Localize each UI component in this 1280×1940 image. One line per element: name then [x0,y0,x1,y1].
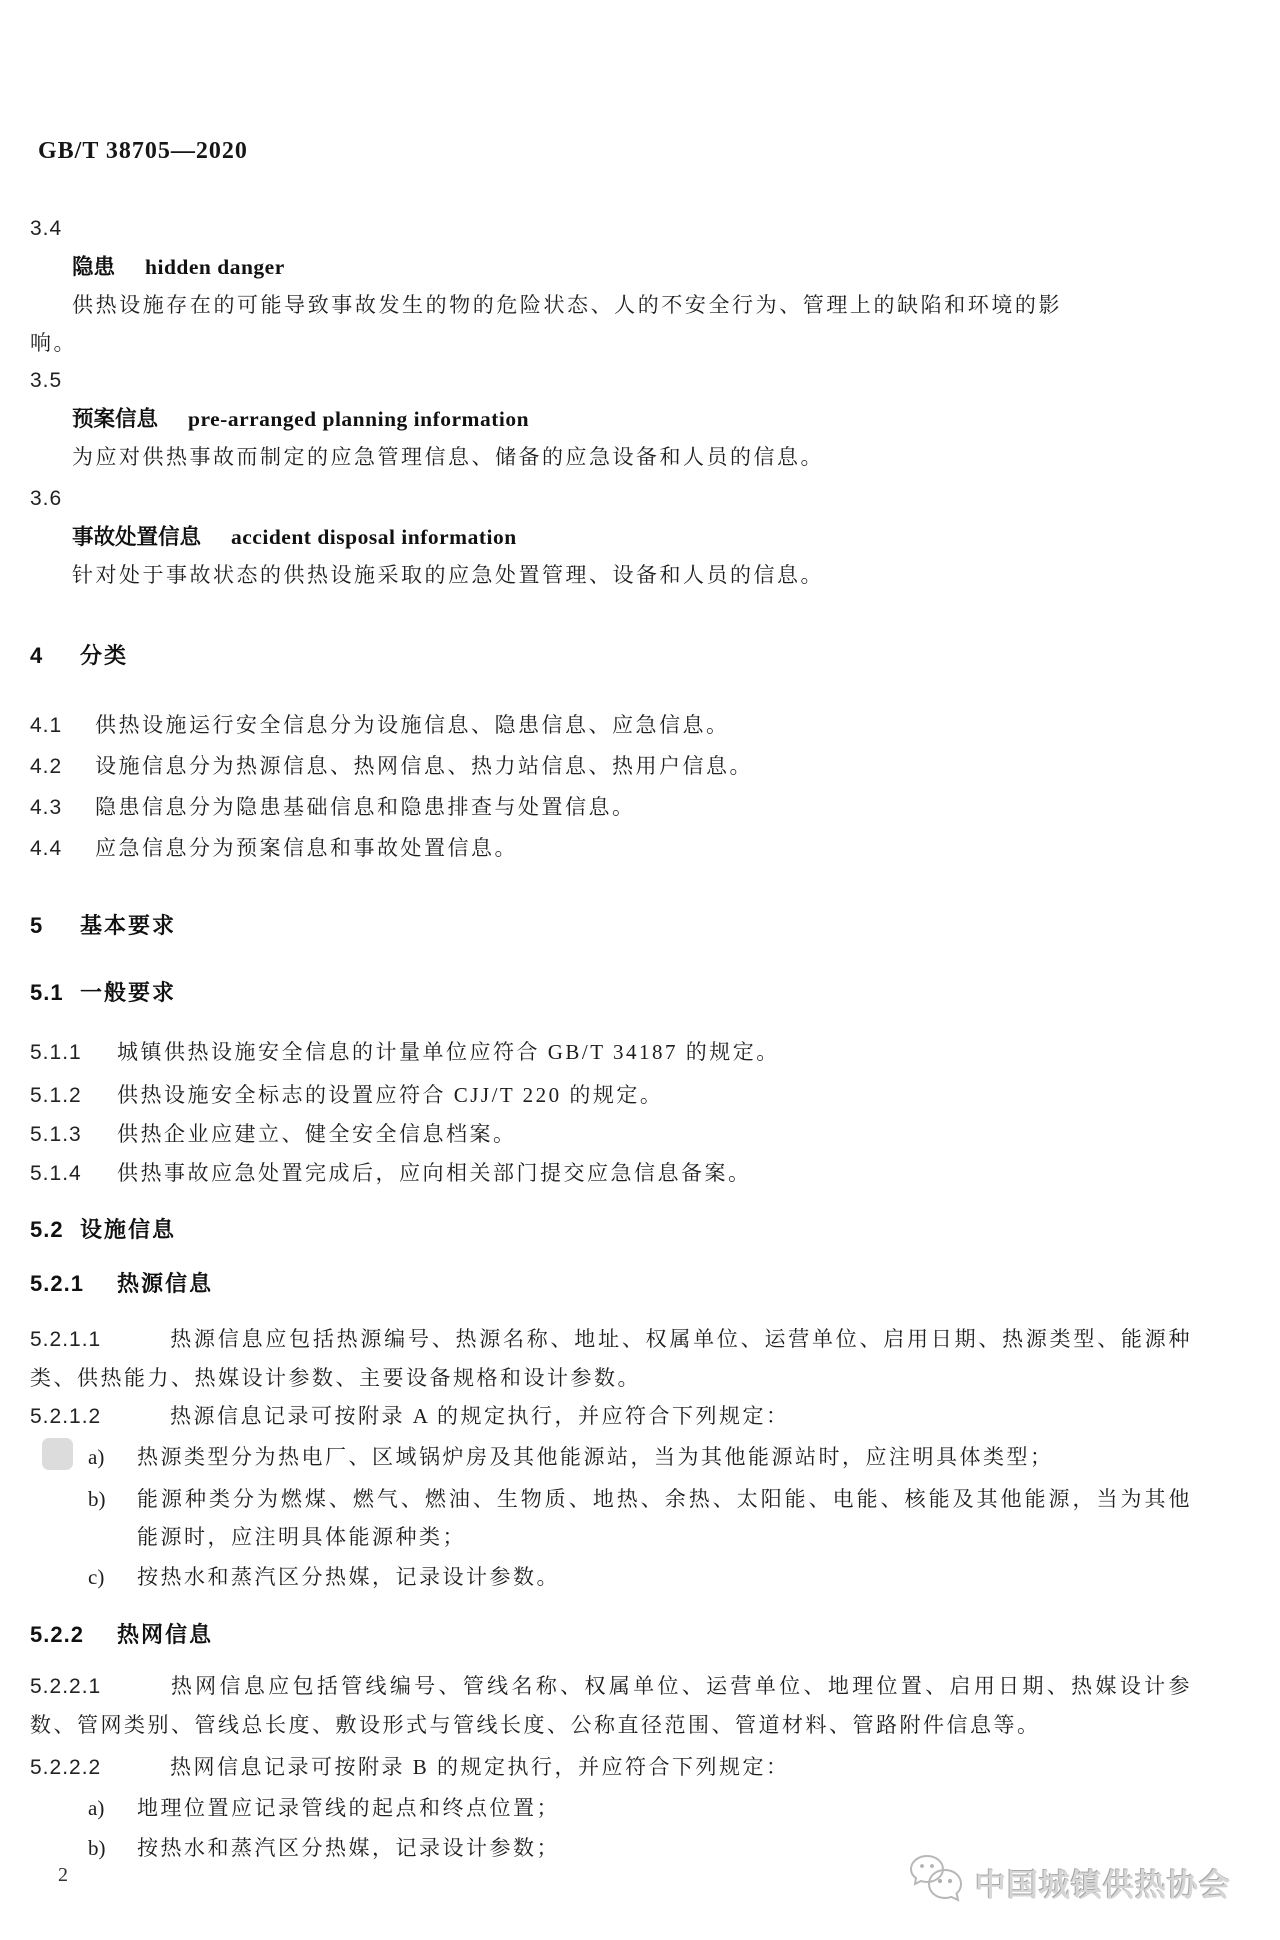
subsection-number: 5.2.2 [30,1615,117,1655]
clause: 5.2.1.2热源信息记录可按附录 A 的规定执行，并应符合下列规定： [30,1397,1192,1436]
page-number: 2 [58,1864,68,1887]
section-heading: 5.2设施信息 [30,1210,1192,1250]
term-number: 3.5 [30,362,1192,400]
section-number: 5.2 [30,1210,80,1250]
chapter-heading: 4分类 [30,636,1192,676]
clause-text: 城镇供热设施安全信息的计量单位应符合 GB/T 34187 的规定。 [117,1040,780,1064]
clause: 5.2.2.2热网信息记录可按附录 B 的规定执行，并应符合下列规定： [30,1748,1192,1787]
term-zh: 事故处置信息 [72,525,201,549]
list-item: a)热源类型分为热电厂、区域锅炉房及其他能源站，当为其他能源站时，应注明具体类型… [30,1438,1192,1476]
page-content: 3.4 隐患hidden danger 供热设施存在的可能导致事故发生的物的危险… [30,210,1192,1867]
clause-number: 5.2.2.1 [30,1668,170,1706]
clause: 4.4应急信息分为预案信息和事故处置信息。 [30,829,1192,868]
clause: 5.2.1.1热源信息应包括热源编号、热源名称、地址、权属单位、运营单位、启用日… [30,1320,1192,1397]
list-item: c)按热水和蒸汽区分热媒，记录设计参数。 [30,1558,1192,1596]
list-item: a)地理位置应记录管线的起点和终点位置； [30,1789,1192,1827]
term-en: hidden danger [145,255,285,279]
clause-text: 热源信息应包括热源编号、热源名称、地址、权属单位、运营单位、启用日期、热源类型、… [30,1327,1192,1390]
clause: 5.1.1城镇供热设施安全信息的计量单位应符合 GB/T 34187 的规定。 [30,1033,1192,1072]
chapter-number: 5 [30,906,80,946]
list-marker: a) [88,1438,137,1476]
clause-text: 隐患信息分为隐患基础信息和隐患排查与处置信息。 [95,795,636,819]
list-marker: b) [88,1480,137,1556]
clause-text: 热网信息记录可按附录 B 的规定执行，并应符合下列规定： [170,1755,790,1779]
gray-highlight-mark [42,1438,73,1470]
clause: 4.3隐患信息分为隐患基础信息和隐患排查与处置信息。 [30,788,1192,827]
list-marker: c) [88,1558,137,1596]
term-number: 3.6 [30,480,1192,518]
association-name: 中国城镇供热协会 [975,1860,1231,1905]
section-title: 设施信息 [80,1217,176,1242]
term-en: accident disposal information [231,525,517,549]
clause-number: 4.1 [30,707,95,745]
term-definition: 供热设施存在的可能导致事故发生的物的危险状态、人的不安全行为、管理上的缺陷和环境… [30,286,1062,362]
footer-logo: 中国城镇供热协会 [905,1853,1231,1912]
chat-bubbles-icon [905,1853,967,1912]
term-zh: 预案信息 [72,407,158,431]
clause-number: 4.3 [30,789,95,827]
clause-number: 5.1.3 [30,1116,117,1154]
term-number: 3.4 [30,210,1192,248]
clause-number: 5.1.2 [30,1077,117,1115]
list-text: 按热水和蒸汽区分热媒，记录设计参数。 [137,1558,1192,1596]
clause-text: 设施信息分为热源信息、热网信息、热力站信息、热用户信息。 [95,754,753,778]
clause-text: 热源信息记录可按附录 A 的规定执行，并应符合下列规定： [170,1404,790,1428]
clause: 5.2.2.1热网信息应包括管线编号、管线名称、权属单位、运营单位、地理位置、启… [30,1667,1192,1744]
clause-number: 5.2.1.2 [30,1398,170,1436]
term-definition: 针对处于事故状态的供热设施采取的应急处置管理、设备和人员的信息。 [30,556,1062,594]
clause-number: 5.2.2.2 [30,1749,170,1787]
term-zh: 隐患 [72,255,115,279]
clause: 5.1.2供热设施安全标志的设置应符合 CJJ/T 220 的规定。 [30,1076,1192,1115]
subsection-heading: 5.2.2热网信息 [30,1615,1192,1655]
clause-text: 供热事故应急处置完成后，应向相关部门提交应急信息备案。 [117,1161,752,1185]
clause-text: 供热企业应建立、健全安全信息档案。 [117,1122,517,1146]
clause: 4.1供热设施运行安全信息分为设施信息、隐患信息、应急信息。 [30,706,1192,745]
clause-text: 供热设施运行安全信息分为设施信息、隐患信息、应急信息。 [95,713,730,737]
term-definition: 为应对供热事故而制定的应急管理信息、储备的应急设备和人员的信息。 [30,438,1062,476]
subsection-title: 热源信息 [117,1271,213,1296]
document-page: GB/T 38705—2020 3.4 隐患hidden danger 供热设施… [0,0,1280,1940]
section-heading: 5.1一般要求 [30,973,1192,1013]
subsection-title: 热网信息 [117,1622,213,1647]
clause: 5.1.3供热企业应建立、健全安全信息档案。 [30,1115,1192,1154]
clause-text: 热网信息应包括管线编号、管线名称、权属单位、运营单位、地理位置、启用日期、热媒设… [30,1674,1192,1737]
clause-text: 应急信息分为预案信息和事故处置信息。 [95,836,518,860]
section-number: 5.1 [30,973,80,1013]
list-marker: b) [88,1829,137,1867]
subsection-number: 5.2.1 [30,1264,117,1304]
chapter-heading: 5基本要求 [30,906,1192,946]
term-name: 事故处置信息accident disposal information [30,518,1192,556]
section-title: 一般要求 [80,980,176,1005]
clause: 4.2设施信息分为热源信息、热网信息、热力站信息、热用户信息。 [30,747,1192,786]
clause: 5.1.4供热事故应急处置完成后，应向相关部门提交应急信息备案。 [30,1154,1192,1193]
term-name: 预案信息pre-arranged planning information [30,400,1192,438]
clause-number: 4.2 [30,748,95,786]
clause-number: 4.4 [30,830,95,868]
term-en: pre-arranged planning information [188,407,529,431]
chapter-title: 分类 [80,643,128,668]
list-text: 热源类型分为热电厂、区域锅炉房及其他能源站，当为其他能源站时，应注明具体类型； [137,1438,1192,1476]
chapter-number: 4 [30,636,80,676]
subsection-heading: 5.2.1热源信息 [30,1264,1192,1304]
list-item: b)能源种类分为燃煤、燃气、燃油、生物质、地热、余热、太阳能、电能、核能及其他能… [30,1480,1192,1556]
list-text: 地理位置应记录管线的起点和终点位置； [137,1789,1192,1827]
clause-number: 5.1.1 [30,1034,117,1072]
chapter-title: 基本要求 [80,913,176,938]
clause-text: 供热设施安全标志的设置应符合 CJJ/T 220 的规定。 [117,1083,663,1107]
list-marker: a) [88,1789,137,1827]
term-name: 隐患hidden danger [30,248,1192,286]
clause-number: 5.2.1.1 [30,1321,170,1359]
standard-number-header: GB/T 38705—2020 [38,138,248,165]
list-text: 能源种类分为燃煤、燃气、燃油、生物质、地热、余热、太阳能、电能、核能及其他能源，… [137,1480,1192,1556]
clause-number: 5.1.4 [30,1155,117,1193]
